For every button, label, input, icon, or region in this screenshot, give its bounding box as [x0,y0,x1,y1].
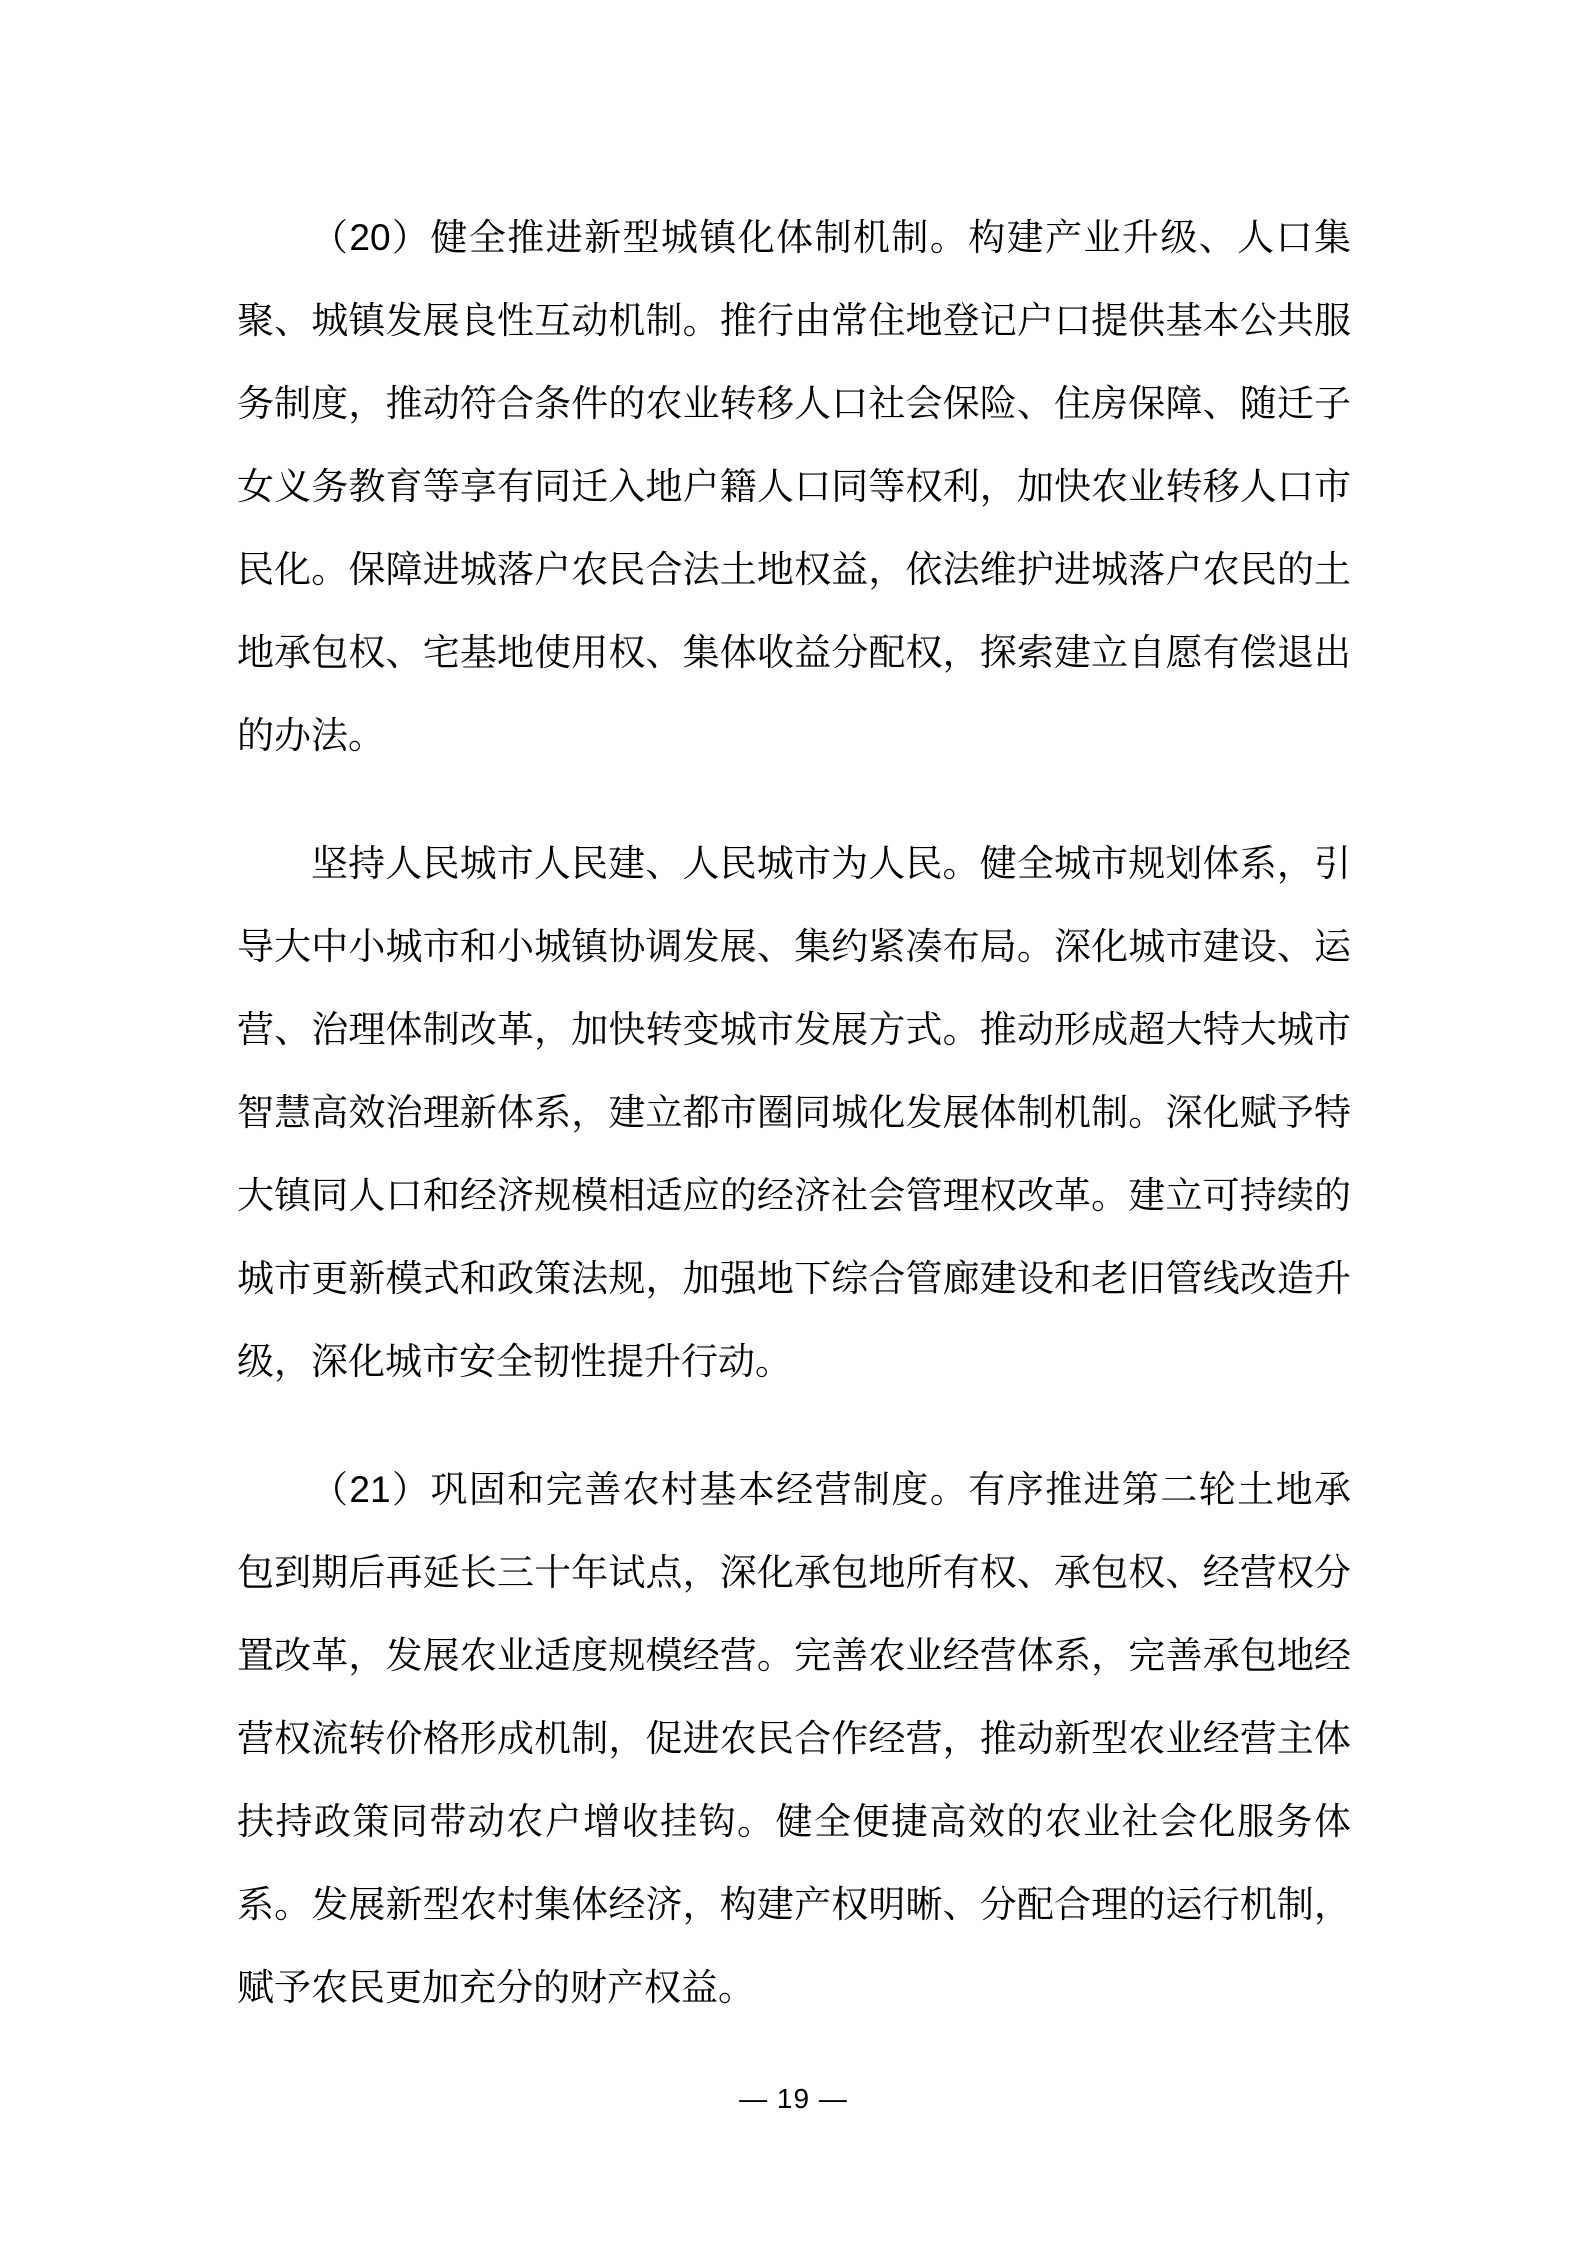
body-paragraph-21: （21）巩固和完善农村基本经营制度。有序推进第二轮土地承包到期后再延长三十年试点… [237,1448,1351,2029]
page-content: （20）健全推进新型城镇化体制机制。构建产业升级、人口集聚、城镇发展良性互动机制… [237,196,1351,2029]
document-page: （20）健全推进新型城镇化体制机制。构建产业升级、人口集聚、城镇发展良性互动机制… [0,0,1587,2245]
body-paragraph-cities: 坚持人民城市人民建、人民城市为人民。健全城市规划体系，引导大中小城市和小城镇协调… [237,822,1351,1403]
page-number: — 19 — [0,2082,1587,2116]
body-paragraph-20: （20）健全推进新型城镇化体制机制。构建产业升级、人口集聚、城镇发展良性互动机制… [237,196,1351,777]
